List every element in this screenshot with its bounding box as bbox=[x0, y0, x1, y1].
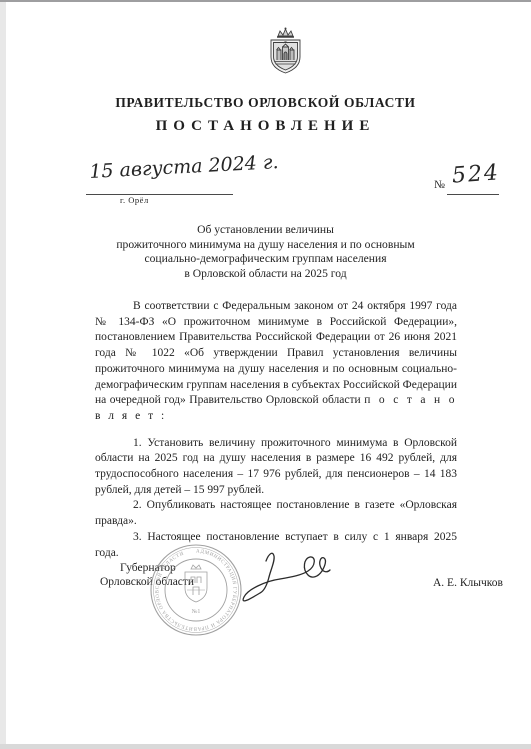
doc-title-line: Об установлении величины bbox=[83, 223, 448, 238]
date-underline bbox=[86, 194, 233, 195]
scanned-decree-page: ПРАВИТЕЛЬСТВО ОРЛОВСКОЙ ОБЛАСТИ ПОСТАНОВ… bbox=[0, 0, 531, 749]
stamp-number: №1 bbox=[192, 609, 201, 615]
decree-body: В соответствии с Федеральным законом от … bbox=[95, 299, 457, 561]
governor-signature-icon bbox=[236, 547, 336, 619]
intro-paragraph: В соответствии с Федеральным законом от … bbox=[95, 299, 457, 425]
official-stamp-icon: АДМИНИСТРАЦИЯ ГУБЕРНАТОРА И ПРАВИТЕЛЬСТВ… bbox=[149, 543, 243, 637]
handwritten-number: 524 bbox=[451, 160, 501, 188]
doc-title: Об установлении величины прожиточного ми… bbox=[83, 223, 448, 281]
scan-edge-left bbox=[0, 2, 6, 744]
doc-title-line: социально-демографическим группам населе… bbox=[83, 252, 448, 267]
doc-type: ПОСТАНОВЛЕНИЕ bbox=[60, 118, 471, 135]
org-name: ПРАВИТЕЛЬСТВО ОРЛОВСКОЙ ОБЛАСТИ bbox=[60, 95, 471, 111]
decree-item-1: 1. Установить величину прожиточного мини… bbox=[95, 436, 457, 499]
number-underline bbox=[447, 194, 499, 195]
doc-title-line: прожиточного минимума на душу населения … bbox=[83, 238, 448, 253]
doc-title-line: в Орловской области на 2025 год bbox=[83, 267, 448, 282]
oryol-oblast-coat-of-arms-icon bbox=[262, 27, 309, 76]
governor-name: А. Е. Клычков bbox=[433, 577, 503, 589]
place-label: г. Орёл bbox=[120, 195, 149, 205]
handwritten-date: 15 августа 2024 г. bbox=[89, 151, 279, 183]
scan-edge-bottom bbox=[0, 744, 531, 749]
number-label: № bbox=[434, 179, 445, 191]
scan-edge-top bbox=[0, 0, 531, 2]
intro-text: В соответствии с Федеральным законом от … bbox=[95, 300, 457, 406]
decree-item-2: 2. Опубликовать настоящее постановление … bbox=[95, 498, 457, 529]
